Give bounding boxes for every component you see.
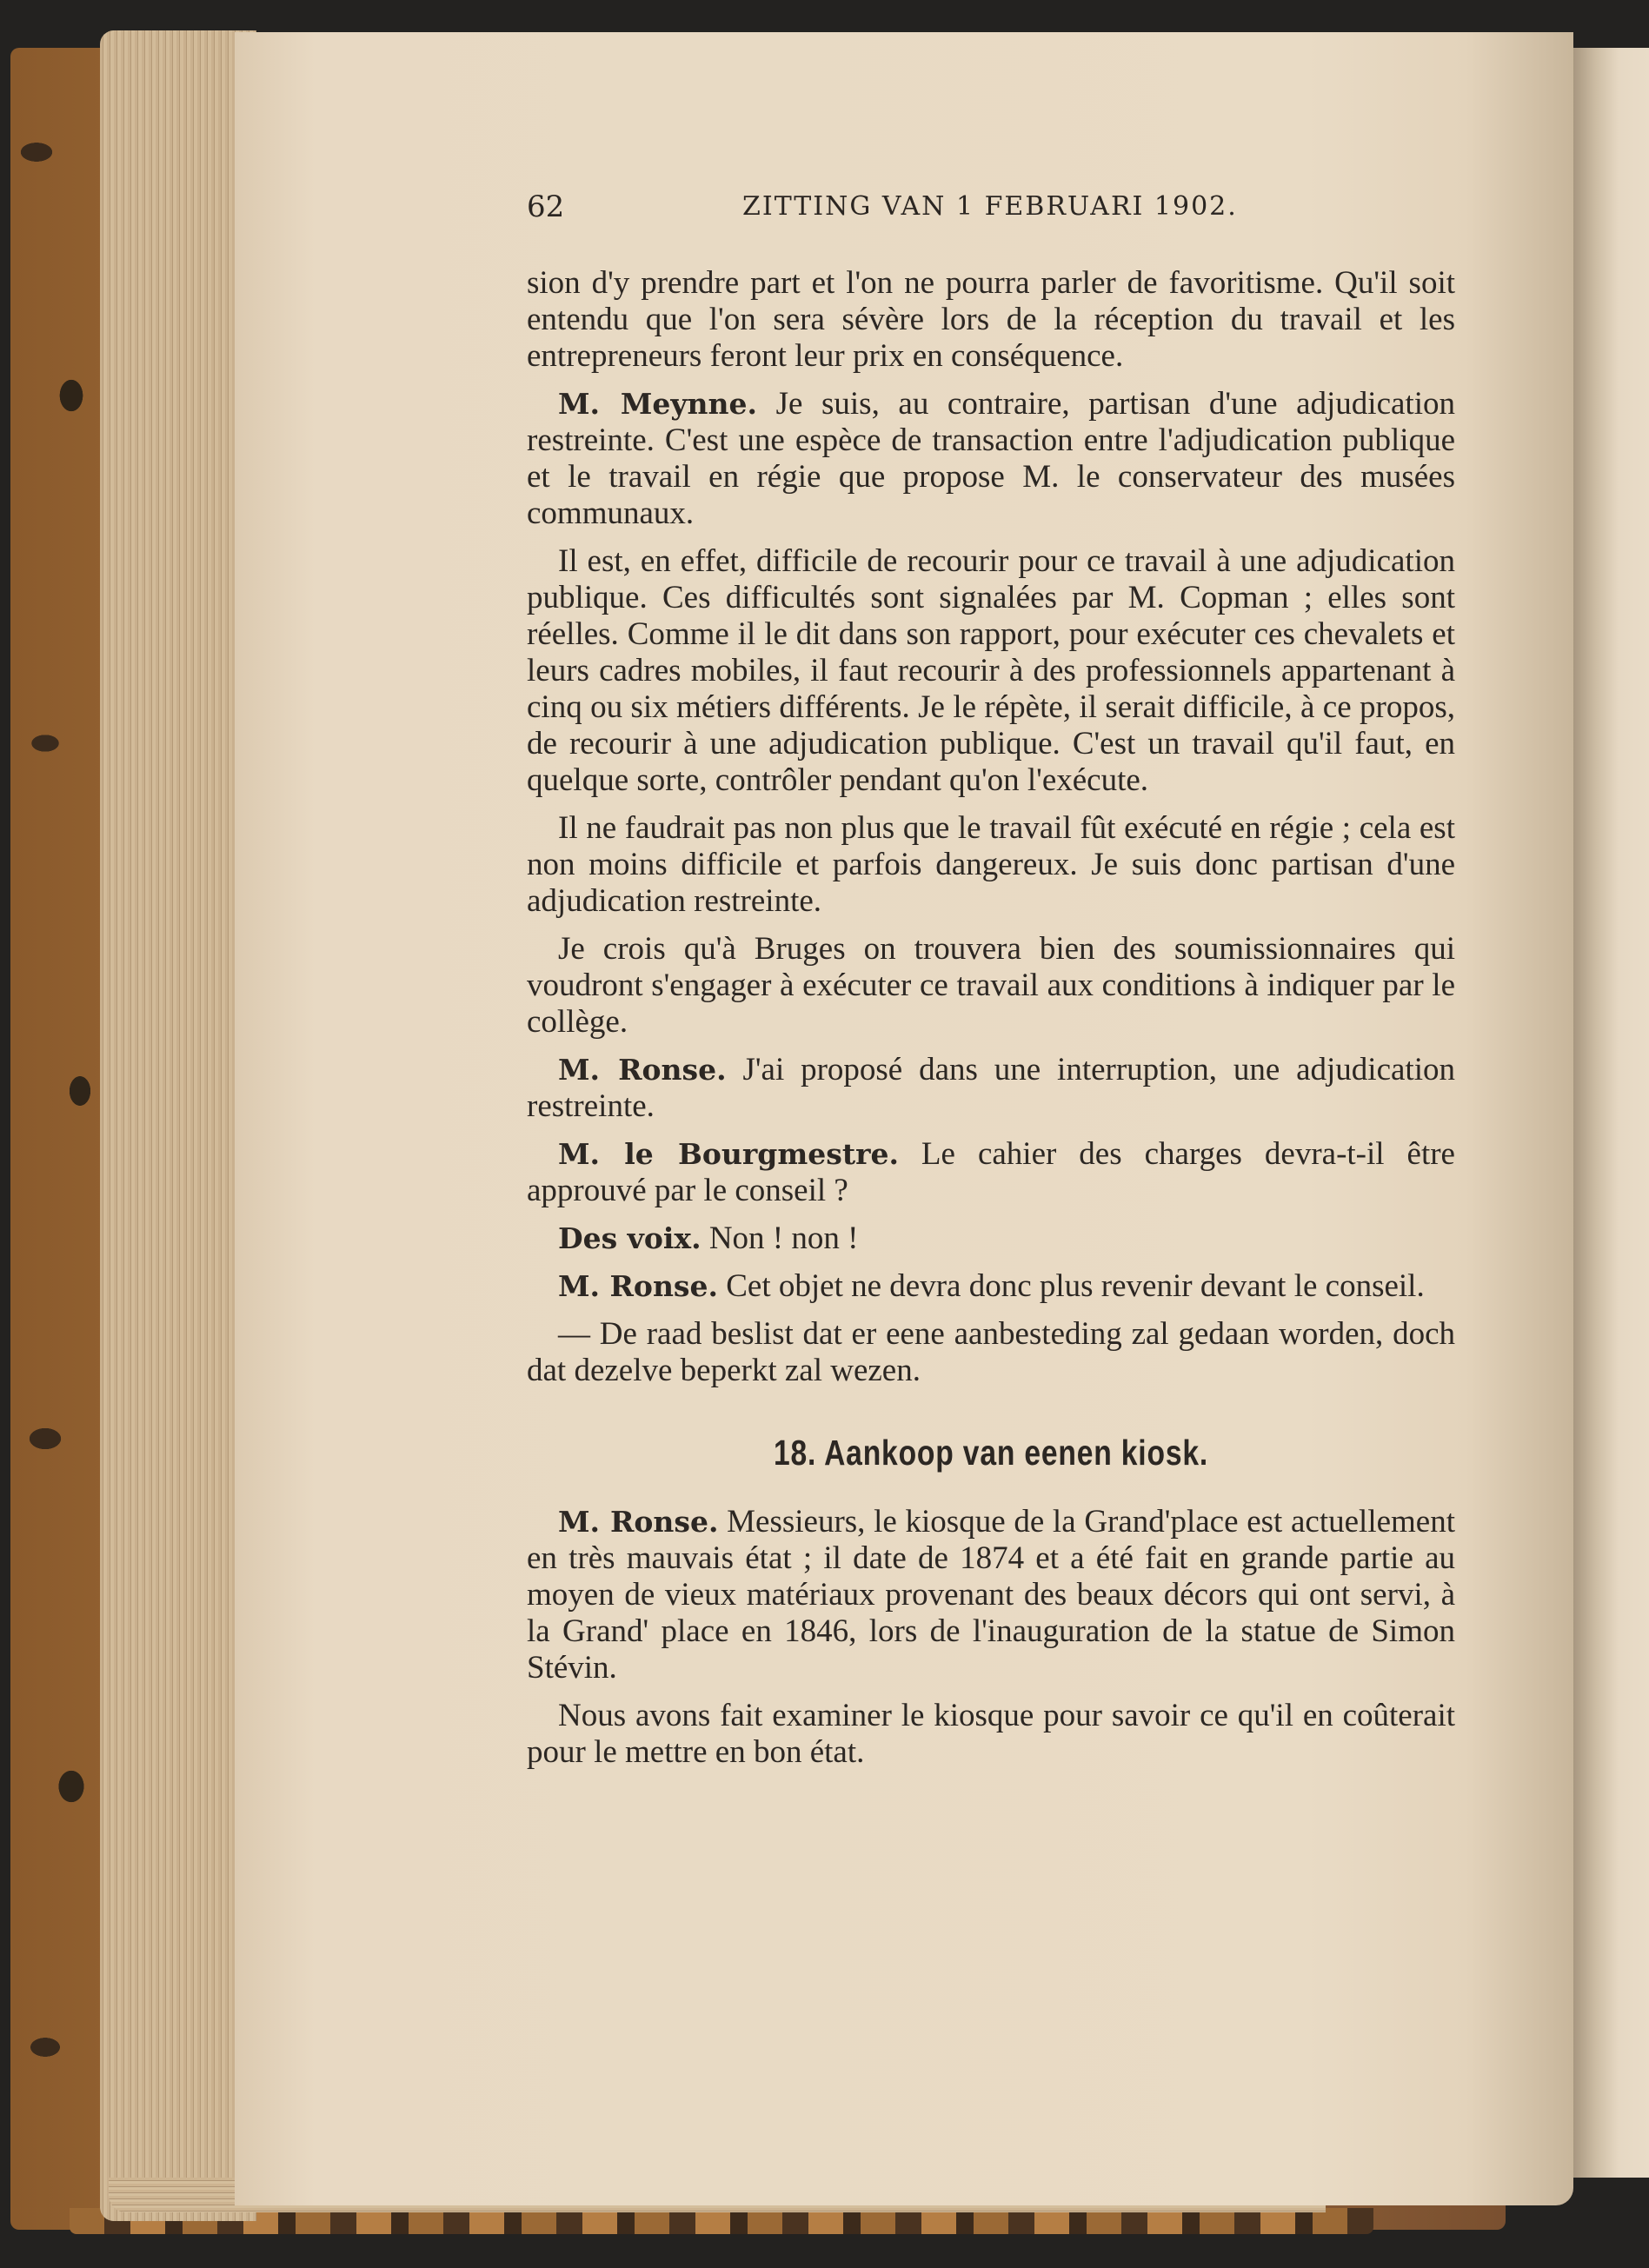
paragraph: M. Ronse. Messieurs, le kiosque de la Gr… — [527, 1504, 1455, 1686]
paragraph-text: Non ! non ! — [701, 1220, 859, 1256]
speaker: M. Ronse. — [558, 1053, 727, 1087]
speaker: M. le Bourgmestre. — [558, 1137, 899, 1171]
paragraph-text: Nous avons fait examiner le kiosque pour… — [527, 1698, 1455, 1770]
paragraph: M. Ronse. Cet objet ne devra donc plus r… — [527, 1268, 1455, 1305]
paragraph: Il est, en effet, difficile de recourir … — [527, 543, 1455, 799]
paragraph-text: — De raad beslist dat er eene aanbestedi… — [527, 1316, 1455, 1388]
paragraph: M. le Bourgmestre. Le cahier des charges… — [527, 1136, 1455, 1209]
paragraph: — De raad beslist dat er eene aanbestedi… — [527, 1316, 1455, 1389]
page-body: sion d'y prendre part et l'on ne pourra … — [527, 265, 1455, 1782]
page-stack-edges — [100, 30, 256, 2221]
running-head: 62 ZITTING VAN 1 FEBRUARI 1902. — [527, 190, 1459, 224]
speaker: M. Ronse. — [558, 1505, 718, 1539]
paragraph-text: sion d'y prendre part et l'on ne pourra … — [527, 265, 1455, 374]
paragraph-text: Il ne faudrait pas non plus que le trava… — [527, 810, 1455, 919]
paragraph-text: Cet objet ne devra donc plus revenir dev… — [718, 1268, 1425, 1304]
paragraph: sion d'y prendre part et l'on ne pourra … — [527, 265, 1455, 375]
paragraph: Je crois qu'à Bruges on trouvera bien de… — [527, 931, 1455, 1041]
facing-page-edge — [1573, 48, 1649, 2178]
paragraph-text: Je crois qu'à Bruges on trouvera bien de… — [527, 931, 1455, 1040]
running-head-title: ZITTING VAN 1 FEBRUARI 1902. — [742, 191, 1238, 222]
paragraph: Nous avons fait examiner le kiosque pour… — [527, 1698, 1455, 1771]
speaker: M. Meynne. — [558, 387, 757, 421]
section-heading: 18. Aankoop van eenen kiosk. — [610, 1434, 1372, 1471]
paragraph-text: Il est, en effet, difficile de recourir … — [527, 543, 1455, 798]
paragraph: M. Meynne. Je suis, au contraire, partis… — [527, 386, 1455, 532]
speaker: Des voix. — [558, 1221, 701, 1255]
paragraph: Des voix. Non ! non ! — [527, 1220, 1455, 1257]
paragraph: M. Ronse. J'ai proposé dans une interrup… — [527, 1052, 1455, 1125]
paragraph: Il ne faudrait pas non plus que le trava… — [527, 810, 1455, 920]
speaker: M. Ronse. — [558, 1269, 718, 1303]
page-number: 62 — [527, 190, 564, 224]
